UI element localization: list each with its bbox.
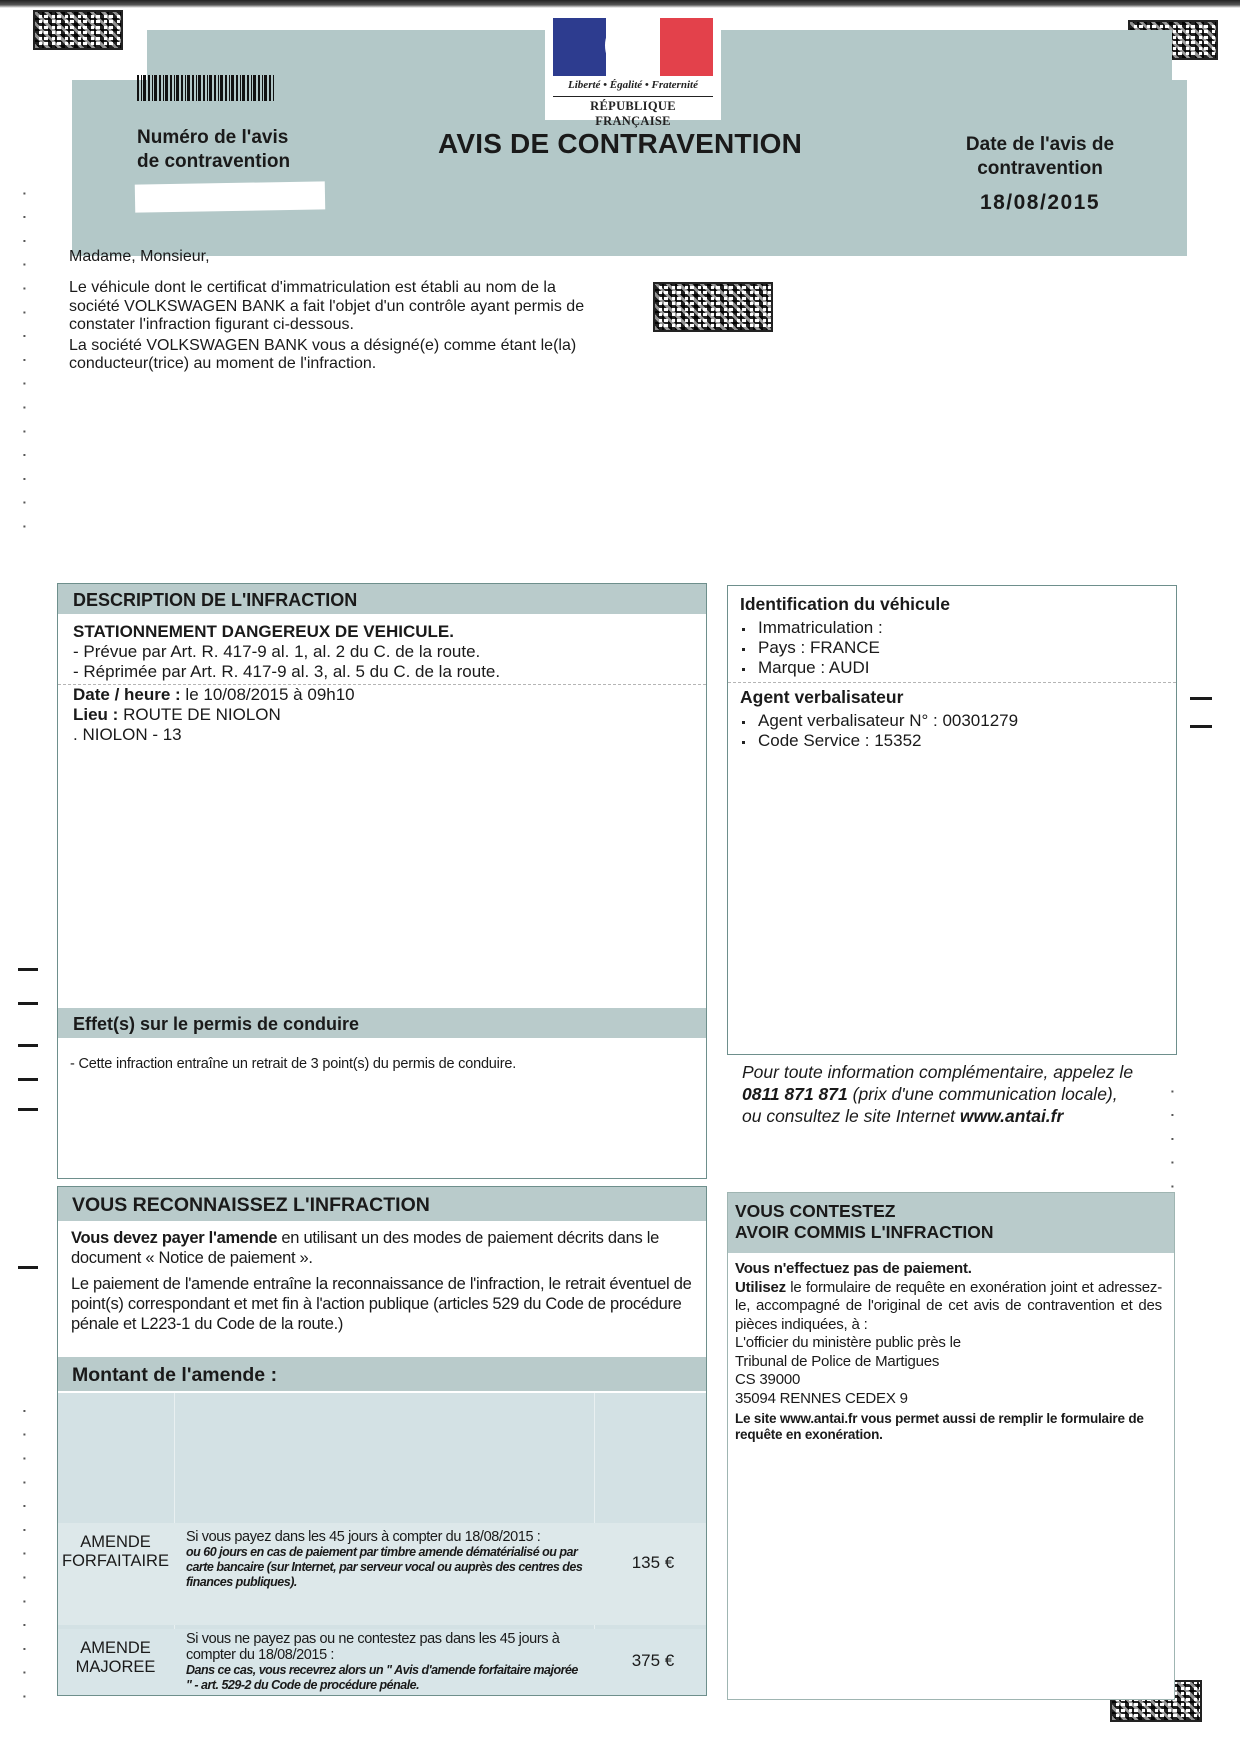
license-effects-heading: Effet(s) sur le permis de conduire <box>58 1008 706 1038</box>
vehicle-make: Marque : AUDI <box>740 658 1176 678</box>
vehicle-country: Pays : FRANCE <box>740 638 1176 658</box>
intro-text: Le véhicule dont le certificat d'immatri… <box>69 279 589 376</box>
contest-infraction-box: VOUS CONTESTEZ AVOIR COMMIS L'INFRACTION… <box>727 1192 1175 1700</box>
page-title: AVIS DE CONTRAVENTION <box>438 128 802 160</box>
agent-heading: Agent verbalisateur <box>740 687 1176 707</box>
fine-condition: Si vous ne payez pas ou ne contestez pas… <box>186 1631 586 1693</box>
offense-datetime: Date / heure : le 10/08/2015 à 09h10 <box>73 685 706 705</box>
alignment-mark <box>18 968 38 971</box>
intro-paragraph-1: Le véhicule dont le certificat d'immatri… <box>69 279 589 335</box>
intro-paragraph-2: La société VOLKSWAGEN BANK vous a désign… <box>69 337 589 374</box>
datamatrix-code-top-left <box>33 10 123 50</box>
recognize-infraction-box: VOUS RECONNAISSEZ L'INFRACTION Vous deve… <box>57 1186 707 1696</box>
alignment-mark <box>18 1078 38 1081</box>
offense-punished-by: - Réprimée par Art. R. 417-9 al. 3, al. … <box>73 662 706 682</box>
margin-serial-left: ▪ ▪ ▪ ▪ ▪ ▪ ▪ ▪ ▪ ▪ ▪ ▪ ▪ ▪ ▪ <box>20 80 29 530</box>
scan-top-edge <box>0 0 1240 8</box>
fine-condition: Si vous payez dans les 45 jours à compte… <box>186 1529 586 1590</box>
republic-name: RÉPUBLIQUE FRANÇAISE <box>553 96 713 129</box>
notice-number-label: Numéro de l'avis de contravention <box>137 126 337 174</box>
fine-amount-heading: Montant de l'amende : <box>58 1357 706 1391</box>
divider <box>728 682 1176 683</box>
payment-instruction: Vous devez payer l'amende en utilisant u… <box>71 1228 692 1268</box>
fine-row-forfaitaire: AMENDE FORFAITAIRE Si vous payez dans le… <box>58 1523 706 1625</box>
alignment-mark <box>1190 697 1212 700</box>
fine-amount: 135 € <box>603 1553 703 1573</box>
barcode <box>137 75 275 101</box>
alignment-mark <box>18 1044 38 1047</box>
fine-note: Dans ce cas, vous recevrez alors un " Av… <box>186 1663 586 1693</box>
offense-city: . NIOLON - 13 <box>73 725 706 745</box>
contest-address: L'officier du ministère public près le T… <box>735 1334 1162 1408</box>
notice-date-label: Date de l'avis de contravention <box>940 133 1140 181</box>
alignment-mark <box>18 1266 38 1269</box>
notice-number-redacted <box>135 181 325 212</box>
recognize-heading: VOUS RECONNAISSEZ L'INFRACTION <box>58 1187 706 1221</box>
vehicle-heading: Identification du véhicule <box>740 594 1176 614</box>
marianne-flag-icon <box>553 18 713 76</box>
payment-consequence: Le paiement de l'amende entraîne la reco… <box>71 1274 692 1334</box>
agent-number: Agent verbalisateur N° : 00301279 <box>740 711 1176 731</box>
contest-instruction: Utilisez le formulaire de requête en exo… <box>735 1279 1162 1335</box>
vehicle-identification-box: Identification du véhicule Immatriculati… <box>727 585 1177 1055</box>
contest-heading: VOUS CONTESTEZ AVOIR COMMIS L'INFRACTION <box>728 1193 1174 1253</box>
vehicle-registration: Immatriculation : <box>740 618 1176 638</box>
fine-note: ou 60 jours en cas de paiement par timbr… <box>186 1545 586 1590</box>
greeting: Madame, Monsieur, <box>69 248 210 266</box>
margin-serial-left-lower: ▪ ▪ ▪ ▪ ▪ ▪ ▪ ▪ ▪ ▪ ▪ ▪ ▪ <box>20 1280 29 1700</box>
alignment-mark <box>18 1002 38 1005</box>
fine-type-label: AMENDE MAJOREE <box>58 1639 173 1677</box>
offense-place: Lieu : ROUTE DE NIOLON <box>73 705 706 725</box>
alignment-mark <box>18 1108 38 1111</box>
description-heading: DESCRIPTION DE L'INFRACTION <box>58 584 706 614</box>
service-code: Code Service : 15352 <box>740 731 1176 751</box>
license-effects-text: - Cette infraction entraîne un retrait d… <box>70 1056 516 1072</box>
contact-website-link[interactable]: www.antai.fr <box>960 1106 1063 1126</box>
fine-type-label: AMENDE FORFAITAIRE <box>58 1533 173 1571</box>
republique-francaise-logo: Liberté • Égalité • Fraternité RÉPUBLIQU… <box>545 14 721 120</box>
contact-info: Pour toute information complémentaire, a… <box>742 1061 1182 1127</box>
notice-date-value: 18/08/2015 <box>940 191 1140 215</box>
fine-row-majoree: AMENDE MAJOREE Si vous ne payez pas ou n… <box>58 1629 706 1695</box>
fine-amount-table: AMENDE FORFAITAIRE Si vous payez dans le… <box>58 1393 706 1695</box>
contest-website-note: Le site www.antai.fr vous permet aussi d… <box>735 1411 1162 1443</box>
offense-provided-by: - Prévue par Art. R. 417-9 al. 1, al. 2 … <box>73 642 706 662</box>
contact-phone: 0811 871 871 <box>742 1084 848 1104</box>
fine-amount: 375 € <box>603 1651 703 1671</box>
alignment-mark <box>1190 725 1212 728</box>
republic-motto: Liberté • Égalité • Fraternité <box>545 79 721 91</box>
datamatrix-code-middle <box>653 282 773 332</box>
no-payment-note: Vous n'effectuez pas de paiement. <box>735 1260 1162 1279</box>
infraction-description-box: DESCRIPTION DE L'INFRACTION STATIONNEMEN… <box>57 583 707 1179</box>
offense-title: STATIONNEMENT DANGEREUX DE VEHICULE. <box>73 622 706 642</box>
